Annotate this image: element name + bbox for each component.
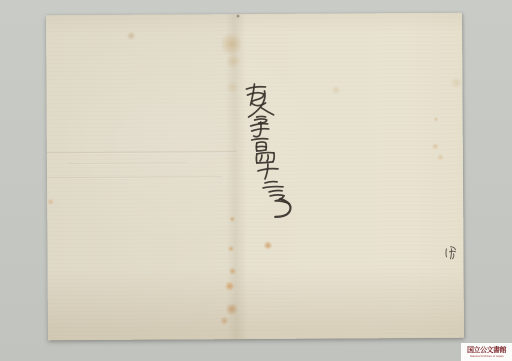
- archive-watermark: 国立公文書館 National Archives of Japan: [461, 343, 512, 361]
- watermark-en-text: National Archives of Japan: [470, 355, 504, 358]
- marginal-mark-strokes: [446, 247, 456, 259]
- scanner-background: 勅令第百四十二号 海: [0, 0, 512, 361]
- watermark-jp-text: 国立公文書館: [467, 347, 506, 354]
- paper-sheet: 勅令第百四十二号 海: [46, 13, 464, 341]
- handwritten-text-strokes: [46, 13, 464, 341]
